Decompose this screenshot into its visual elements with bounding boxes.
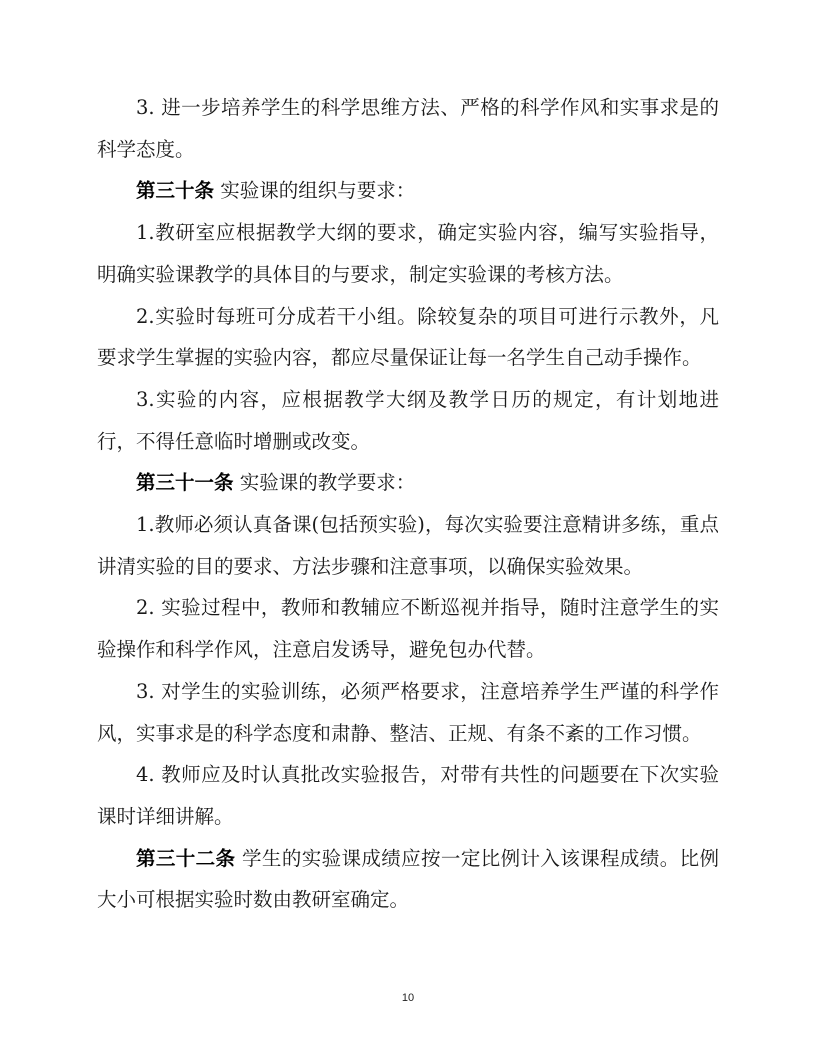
paragraph-text: 3.实验的内容，应根据教学大纲及教学日历的规定，有计划地进行，不得任意临时增删或… (97, 388, 719, 453)
paragraph-text: 4. 教师应及时认真批改实验报告，对带有共性的问题要在下次实验课时详细讲解。 (97, 763, 719, 828)
paragraph-text: 3. 对学生的实验训练，必须严格要求，注意培养学生严谨的科学作风，实事求是的科学… (97, 680, 719, 745)
paragraph-item: 3. 进一步培养学生的科学思维方法、严格的科学作风和实事求是的科学态度。 (97, 87, 719, 170)
article-title: 第三十一条 (136, 471, 234, 494)
paragraph-item: 2. 实验过程中，教师和教辅应不断巡视并指导，随时注意学生的实验操作和科学作风，… (97, 587, 719, 670)
page-number: 10 (0, 992, 816, 1004)
article-text: 实验课的组织与要求： (214, 179, 415, 202)
paragraph-text: 2. 实验过程中，教师和教辅应不断巡视并指导，随时注意学生的实验操作和科学作风，… (97, 596, 719, 661)
article-paragraph: 第三十二条 学生的实验课成绩应按一定比例计入该课程成绩。比例大小可根据实验时数由… (97, 838, 719, 921)
document-page: 3. 进一步培养学生的科学思维方法、严格的科学作风和实事求是的科学态度。 第三十… (97, 87, 719, 921)
article-title: 第三十二条 (136, 847, 235, 870)
paragraph-text: 3. 进一步培养学生的科学思维方法、严格的科学作风和实事求是的科学态度。 (97, 96, 719, 161)
paragraph-text: 1.教师必须认真备课(包括预实验)，每次实验要注意精讲多练，重点讲清实验的目的要… (97, 513, 719, 578)
paragraph-item: 3.实验的内容，应根据教学大纲及教学日历的规定，有计划地进行，不得任意临时增删或… (97, 379, 719, 462)
article-text: 实验课的教学要求： (234, 471, 416, 494)
paragraph-text: 2.实验时每班可分成若干小组。除较复杂的项目可进行示教外，凡要求学生掌握的实验内… (97, 305, 719, 370)
paragraph-item: 3. 对学生的实验训练，必须严格要求，注意培养学生严谨的科学作风，实事求是的科学… (97, 671, 719, 754)
article-title: 第三十条 (136, 179, 214, 202)
paragraph-item: 1.教师必须认真备课(包括预实验)，每次实验要注意精讲多练，重点讲清实验的目的要… (97, 504, 719, 587)
paragraph-item: 4. 教师应及时认真批改实验报告，对带有共性的问题要在下次实验课时详细讲解。 (97, 754, 719, 837)
article-heading: 第三十一条 实验课的教学要求： (97, 462, 719, 504)
paragraph-item: 2.实验时每班可分成若干小组。除较复杂的项目可进行示教外，凡要求学生掌握的实验内… (97, 296, 719, 379)
paragraph-text: 1.教研室应根据教学大纲的要求，确定实验内容，编写实验指导，明确实验课教学的具体… (97, 221, 719, 286)
article-heading: 第三十条 实验课的组织与要求： (97, 170, 719, 212)
paragraph-item: 1.教研室应根据教学大纲的要求，确定实验内容，编写实验指导，明确实验课教学的具体… (97, 212, 719, 295)
